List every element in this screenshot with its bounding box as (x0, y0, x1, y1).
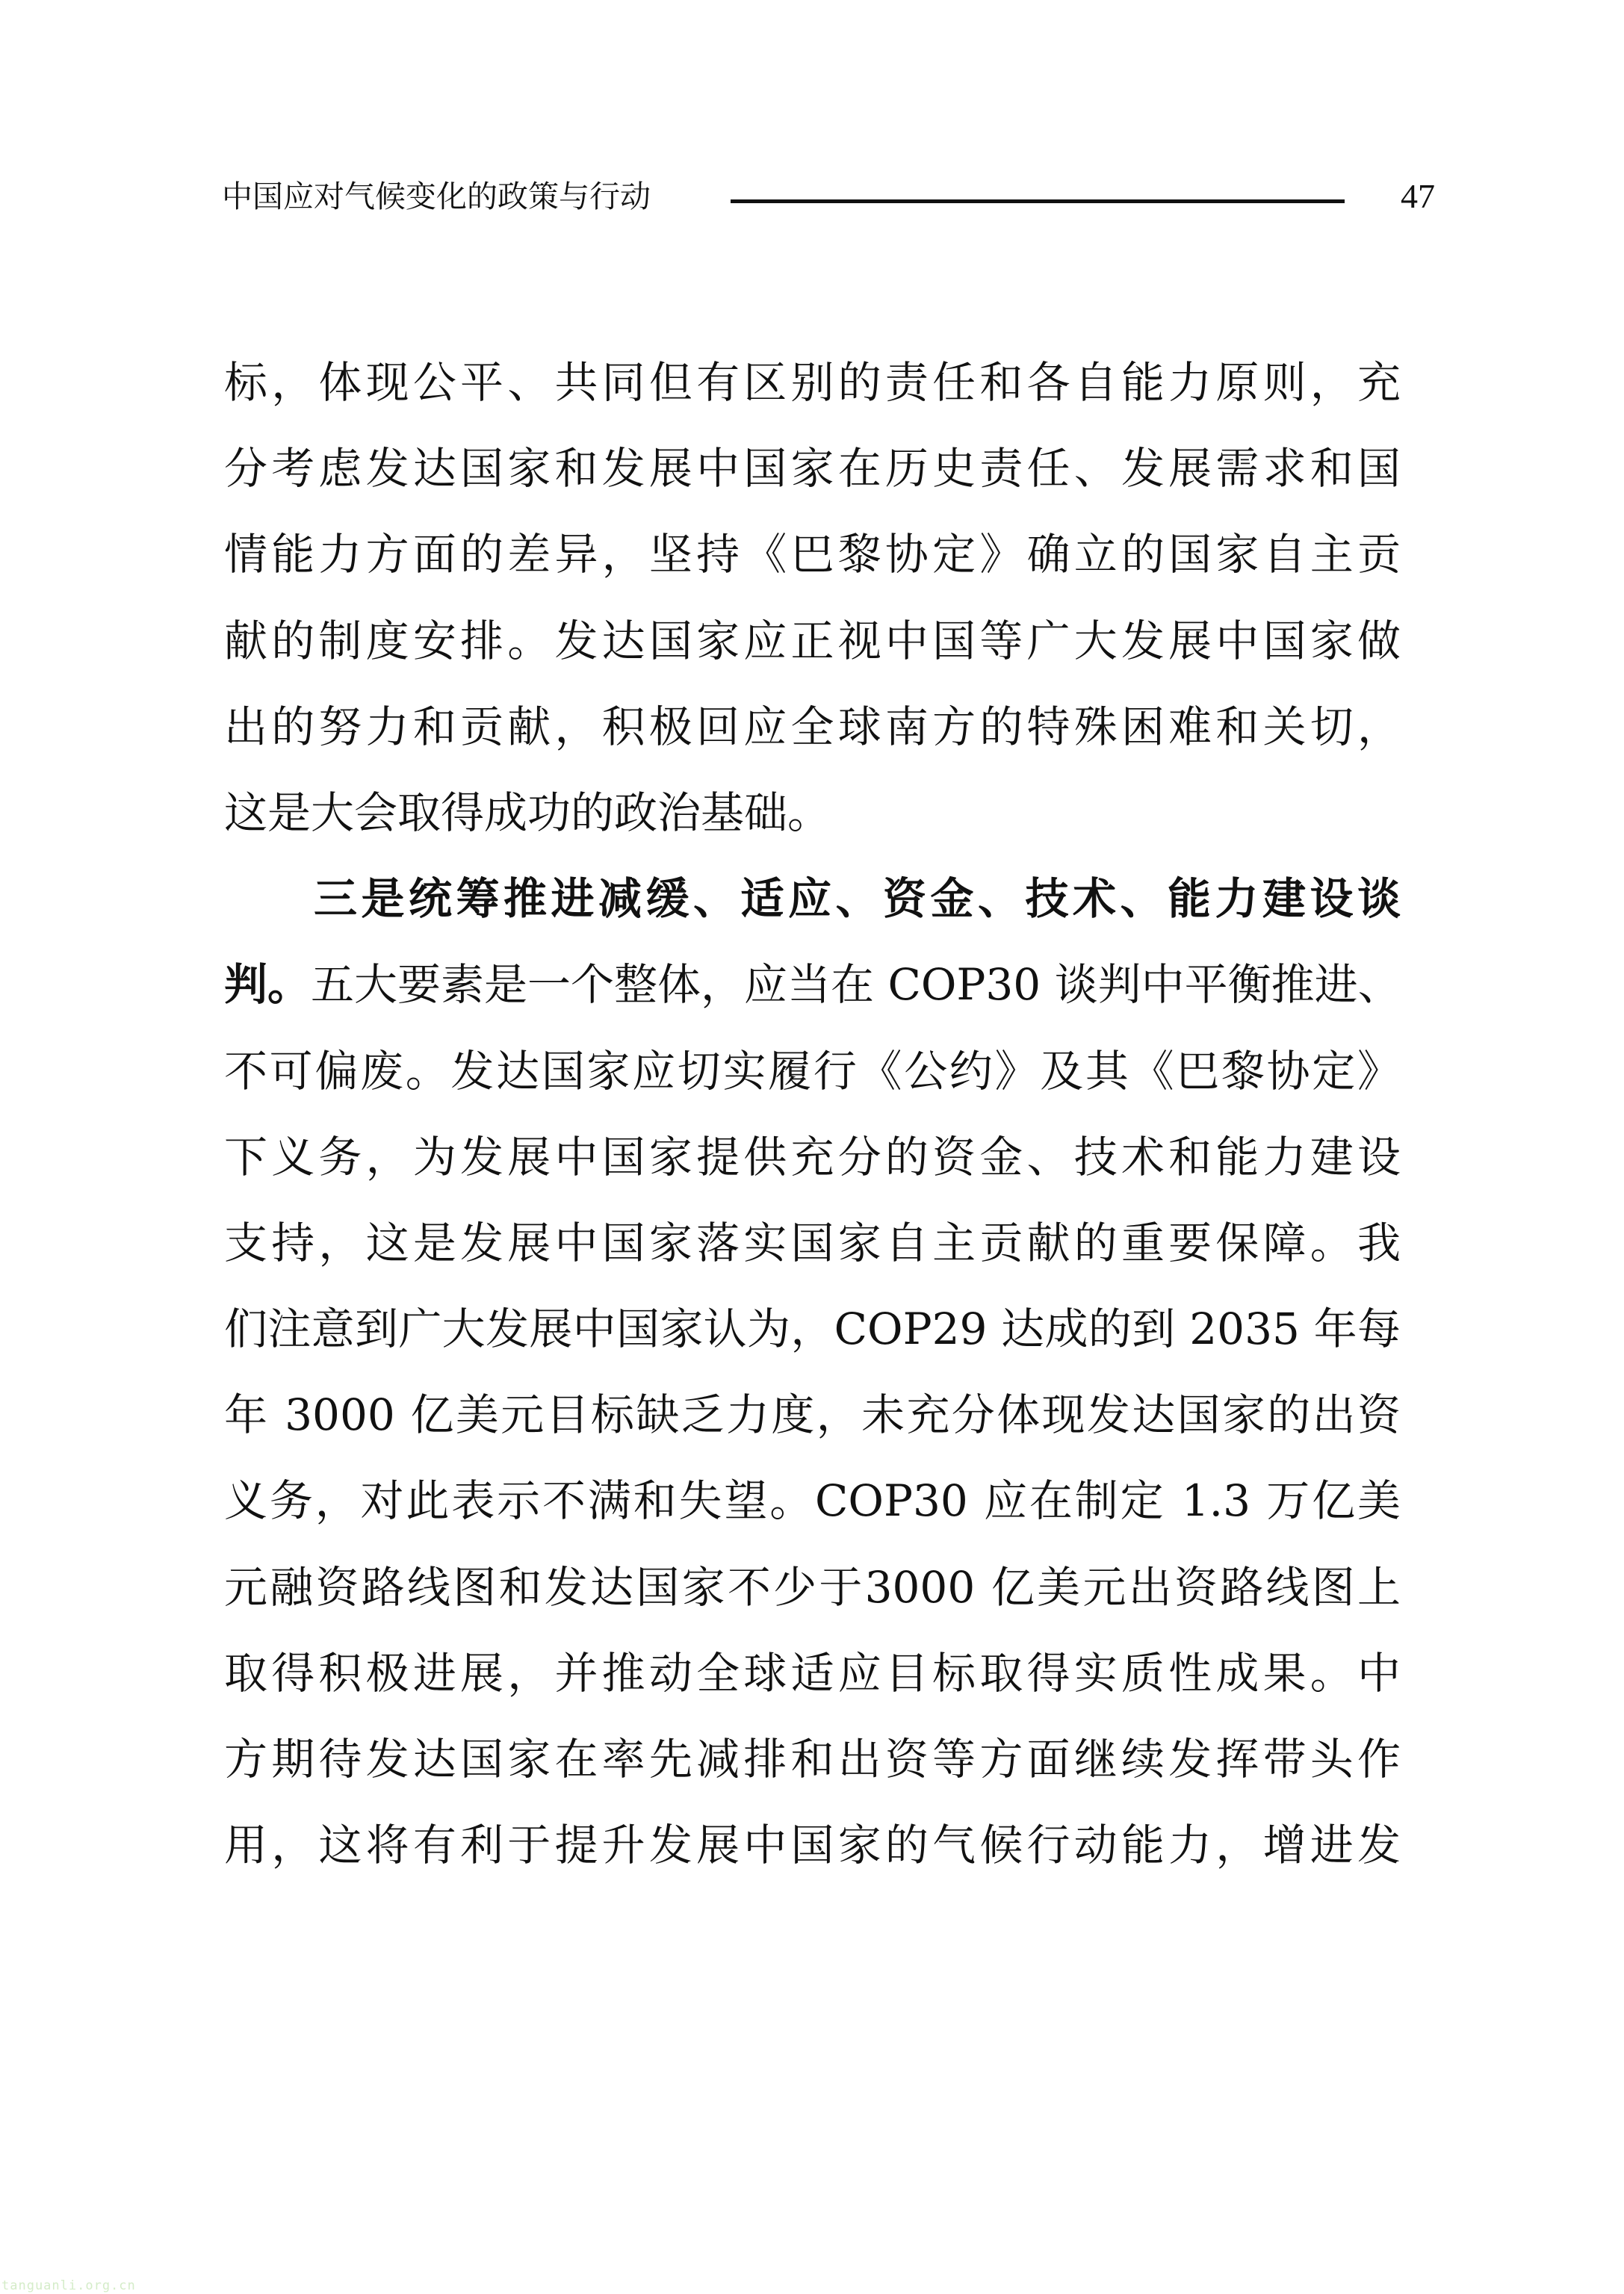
paragraph-continued: 标，体现公平、共同但有区别的责任和各自能力原则，充 分考虑发达国家和发展中国家在… (224, 340, 1401, 856)
text-line: 用，这将有利于提升发展中国家的气候行动能力，增进发 (224, 1802, 1401, 1888)
text-line-rest: 五大要素是一个整体，应当在 COP30 谈判中平衡推进、 (311, 959, 1401, 1010)
text-line: 这是大会取得成功的政治基础。 (224, 770, 1401, 856)
text-line: 方期待发达国家在率先减排和出资等方面继续发挥带头作 (224, 1717, 1401, 1802)
text-line: 元融资路线图和发达国家不少于3000 亿美元出资路线图上 (224, 1545, 1401, 1631)
text-line: 判。五大要素是一个整体，应当在 COP30 谈判中平衡推进、 (224, 942, 1401, 1028)
text-line: 标，体现公平、共同但有区别的责任和各自能力原则，充 (224, 340, 1401, 426)
text-line: 义务，对此表示不满和失望。COP30 应在制定 1.3 万亿美 (224, 1458, 1401, 1544)
paragraph-negotiations: 三是统筹推进减缓、适应、资金、技术、能力建设谈 判。五大要素是一个整体，应当在 … (224, 856, 1401, 1888)
text-line: 不可偏废。发达国家应切实履行《公约》及其《巴黎协定》 (224, 1029, 1401, 1115)
body-text: 标，体现公平、共同但有区别的责任和各自能力原则，充 分考虑发达国家和发展中国家在… (224, 340, 1401, 1888)
text-line: 出的努力和贡献，积极回应全球南方的特殊困难和关切， (224, 684, 1401, 770)
text-line: 下义务，为发展中国家提供充分的资金、技术和能力建设 (224, 1115, 1401, 1200)
text-line: 分考虑发达国家和发展中国家在历史责任、发展需求和国 (224, 426, 1401, 512)
section-heading: 三是统筹推进减缓、适应、资金、技术、能力建设谈 (224, 856, 1401, 942)
text-line: 取得积极进展，并推动全球适应目标取得实质性成果。中 (224, 1631, 1401, 1717)
text-line: 支持，这是发展中国家落实国家自主贡献的重要保障。我 (224, 1200, 1401, 1286)
text-line: 情能力方面的差异，坚持《巴黎协定》确立的国家自主贡 (224, 512, 1401, 598)
watermark: tanguanli.org.cn (1, 2278, 136, 2293)
header-rule (731, 199, 1345, 203)
text-line: 们注意到广大发展中国家认为，COP29 达成的到 2035 年每 (224, 1286, 1401, 1372)
running-title: 中国应对气候变化的政策与行动 (222, 178, 651, 215)
text-line: 年 3000 亿美元目标缺乏力度，未充分体现发达国家的出资 (224, 1372, 1401, 1458)
section-heading-end: 判。 (224, 959, 311, 1010)
page-number: 47 (1401, 178, 1435, 215)
text-line: 献的制度安排。发达国家应正视中国等广大发展中国家做 (224, 598, 1401, 684)
page-header: 中国应对气候变化的政策与行动 47 (222, 176, 1439, 218)
